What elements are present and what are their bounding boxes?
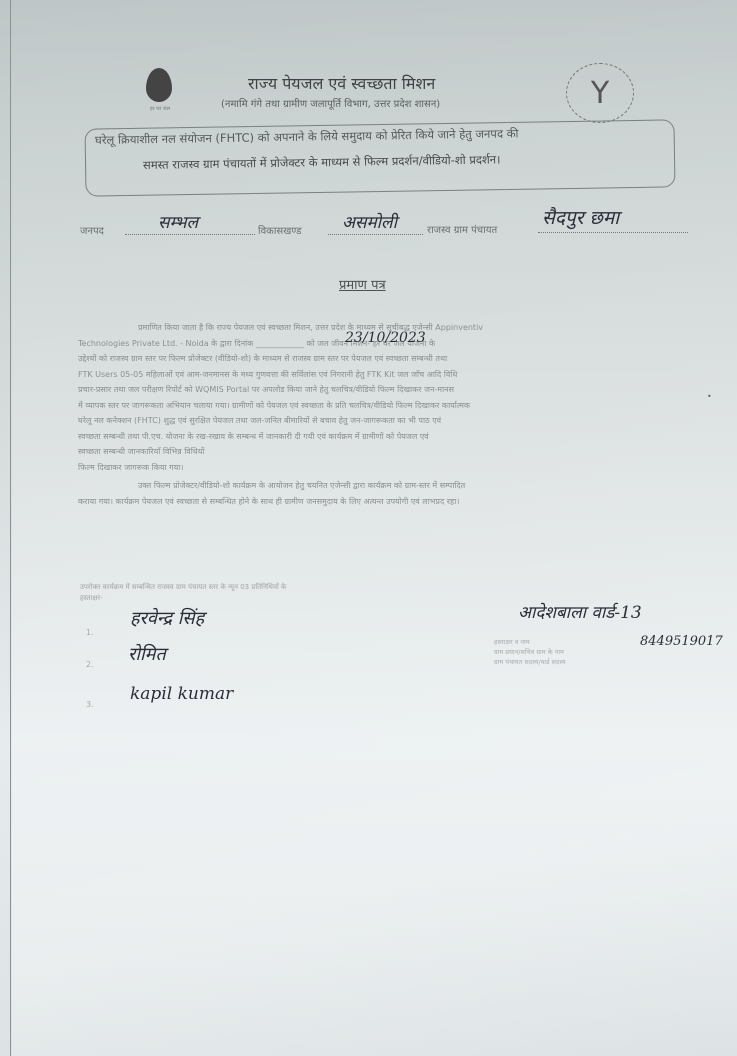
paragraph-1-line: उद्देश्यों को राजस्व ग्राम स्तर पर फिल्म… xyxy=(78,351,703,367)
document-title: राज्य पेयजल एवं स्वच्छता मिशन xyxy=(248,72,435,94)
paragraph-1-line: फिल्म दिखाकर जागरूक किया गया। xyxy=(78,460,703,476)
paragraph-1-line: स्वच्छता सम्बन्धी तथा पी.एच. योजना के रख… xyxy=(78,429,703,445)
paragraph-2-line: कराया गया। कार्यक्रम पेयजल एवं स्वच्छता … xyxy=(78,494,703,510)
location-fields: जनपद सम्भल विकासखण्ड असमोली राजस्व ग्राम… xyxy=(80,210,700,240)
official-designation-line: ग्राम पंचायत सदस्य/वार्ड सदस्य xyxy=(494,657,566,667)
signature-instruction-line: उपरोक्त कार्यक्रम में सम्बन्धित राजस्व ग… xyxy=(80,582,410,593)
witness-3-number: 3. xyxy=(86,700,94,709)
page-edge xyxy=(10,0,11,1056)
official-phone: 8449519017 xyxy=(640,634,723,649)
paragraph-1-line: घरेलू नल कनेक्शन (FHTC) शुद्ध एवं सुरक्ष… xyxy=(78,413,703,429)
margin-mark: • xyxy=(707,392,712,401)
paragraph-1-line: FTK Users 05-05 महिलाओं एवं आम-जनमानस के… xyxy=(78,367,703,383)
paragraph-2-line: उक्त फिल्म प्रोजेक्टर/वीडियो-शो कार्यक्र… xyxy=(78,478,703,494)
water-drop-icon xyxy=(146,68,172,102)
witness-1-signature: हरवेन्द्र सिंह xyxy=(130,606,204,630)
official-designation-line: ग्राम प्रधान/सचिव ग्राम के नाम xyxy=(494,647,566,657)
district-label: जनपद xyxy=(80,223,104,237)
gram-panchayat-value: सैदपुर छमा xyxy=(542,204,619,230)
certificate-paragraph-2: उक्त फिल्म प्रोजेक्टर/वीडियो-शो कार्यक्र… xyxy=(78,478,703,509)
official-designation: हस्ताक्षर व नामग्राम प्रधान/सचिव ग्राम क… xyxy=(494,637,566,667)
witness-3-signature: kapil kumar xyxy=(130,684,233,704)
signature-instruction-line: हस्ताक्षर- xyxy=(80,593,410,604)
paragraph-1-line: में व्यापक स्तर पर जागरूकता अभियान चलाया… xyxy=(78,398,703,414)
logo-caption: हर घर जल xyxy=(138,106,182,112)
event-date: 23/10/2023 xyxy=(345,330,426,346)
witness-1-number: 1. xyxy=(86,628,94,637)
paragraph-1-line: स्वच्छता सम्बन्धी जानकारियाँ विभिन्न विध… xyxy=(78,444,703,460)
up-govt-emblem-icon: Y xyxy=(566,63,634,123)
witness-2-signature: रोमित xyxy=(128,642,166,666)
block-label: विकासखण्ड xyxy=(258,223,301,237)
signature-instruction: उपरोक्त कार्यक्रम में सम्बन्धित राजस्व ग… xyxy=(80,582,410,604)
document-subtitle: (नमामि गंगे तथा ग्रामीण जलापूर्ति विभाग,… xyxy=(221,96,440,110)
gram-panchayat-label: राजस्व ग्राम पंचायत xyxy=(427,222,497,236)
paragraph-1-line: प्रचार-प्रसार तथा जल परीक्षण रिपोर्ट को … xyxy=(78,382,703,398)
block-value: असमोली xyxy=(342,210,397,233)
certificate-title: प्रमाण पत्र xyxy=(339,275,386,293)
jal-jeevan-mission-logo: हर घर जल xyxy=(138,68,182,128)
official-designation-line: हस्ताक्षर व नाम xyxy=(494,637,566,647)
district-value: सम्भल xyxy=(158,210,198,233)
official-signature: आदेशबाला वार्ड-13 xyxy=(518,600,642,623)
witness-2-number: 2. xyxy=(86,660,94,669)
